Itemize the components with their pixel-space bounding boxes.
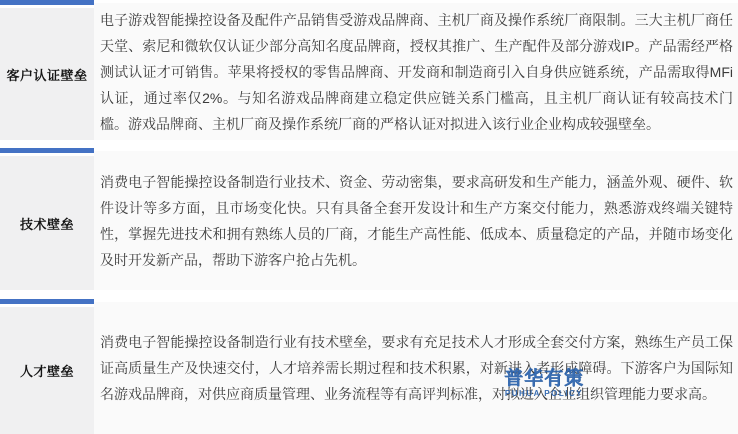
section-paragraph: 消费电子智能操控设备制造行业技术、资金、劳动密集，要求高研发和生产能力，涵盖外观…: [100, 169, 733, 273]
section-label: 技术壁垒: [20, 214, 74, 233]
section-body: 电子游戏智能操控设备及配件产品销售受游戏品牌商、主机厂商及操作系统厂商限制。三大…: [94, 3, 738, 140]
section-label-box: 人才壁垒: [0, 307, 94, 434]
section-technology-barrier: 技术壁垒 消费电子智能操控设备制造行业技术、资金、劳动密集，要求高研发和生产能力…: [0, 148, 738, 290]
section-customer-certification-barrier: 客户认证壁垒 电子游戏智能操控设备及配件产品销售受游戏品牌商、主机厂商及操作系统…: [0, 0, 738, 140]
accent-bar: [0, 299, 94, 304]
section-body: 消费电子智能操控设备制造行业有技术壁垒，要求有充足技术人才形成全套交付方案，熟练…: [94, 302, 738, 434]
section-label: 客户认证壁垒: [6, 65, 87, 84]
section-label-box: 客户认证壁垒: [0, 8, 94, 140]
section-body: 消费电子智能操控设备制造行业技术、资金、劳动密集，要求高研发和生产能力，涵盖外观…: [94, 151, 738, 290]
accent-bar: [0, 0, 94, 5]
accent-bar: [0, 148, 94, 153]
report-page: 客户认证壁垒 电子游戏智能操控设备及配件产品销售受游戏品牌商、主机厂商及操作系统…: [0, 0, 738, 434]
section-paragraph: 电子游戏智能操控设备及配件产品销售受游戏品牌商、主机厂商及操作系统厂商限制。三大…: [100, 7, 733, 137]
section-label: 人才壁垒: [20, 361, 74, 380]
section-label-box: 技术壁垒: [0, 156, 94, 290]
section-label-column: 技术壁垒: [0, 148, 94, 290]
section-label-column: 客户认证壁垒: [0, 0, 94, 140]
section-label-column: 人才壁垒: [0, 299, 94, 434]
section-talent-barrier: 人才壁垒 消费电子智能操控设备制造行业有技术壁垒，要求有充足技术人才形成全套交付…: [0, 299, 738, 434]
section-paragraph: 消费电子智能操控设备制造行业有技术壁垒，要求有充足技术人才形成全套交付方案，熟练…: [100, 329, 733, 407]
